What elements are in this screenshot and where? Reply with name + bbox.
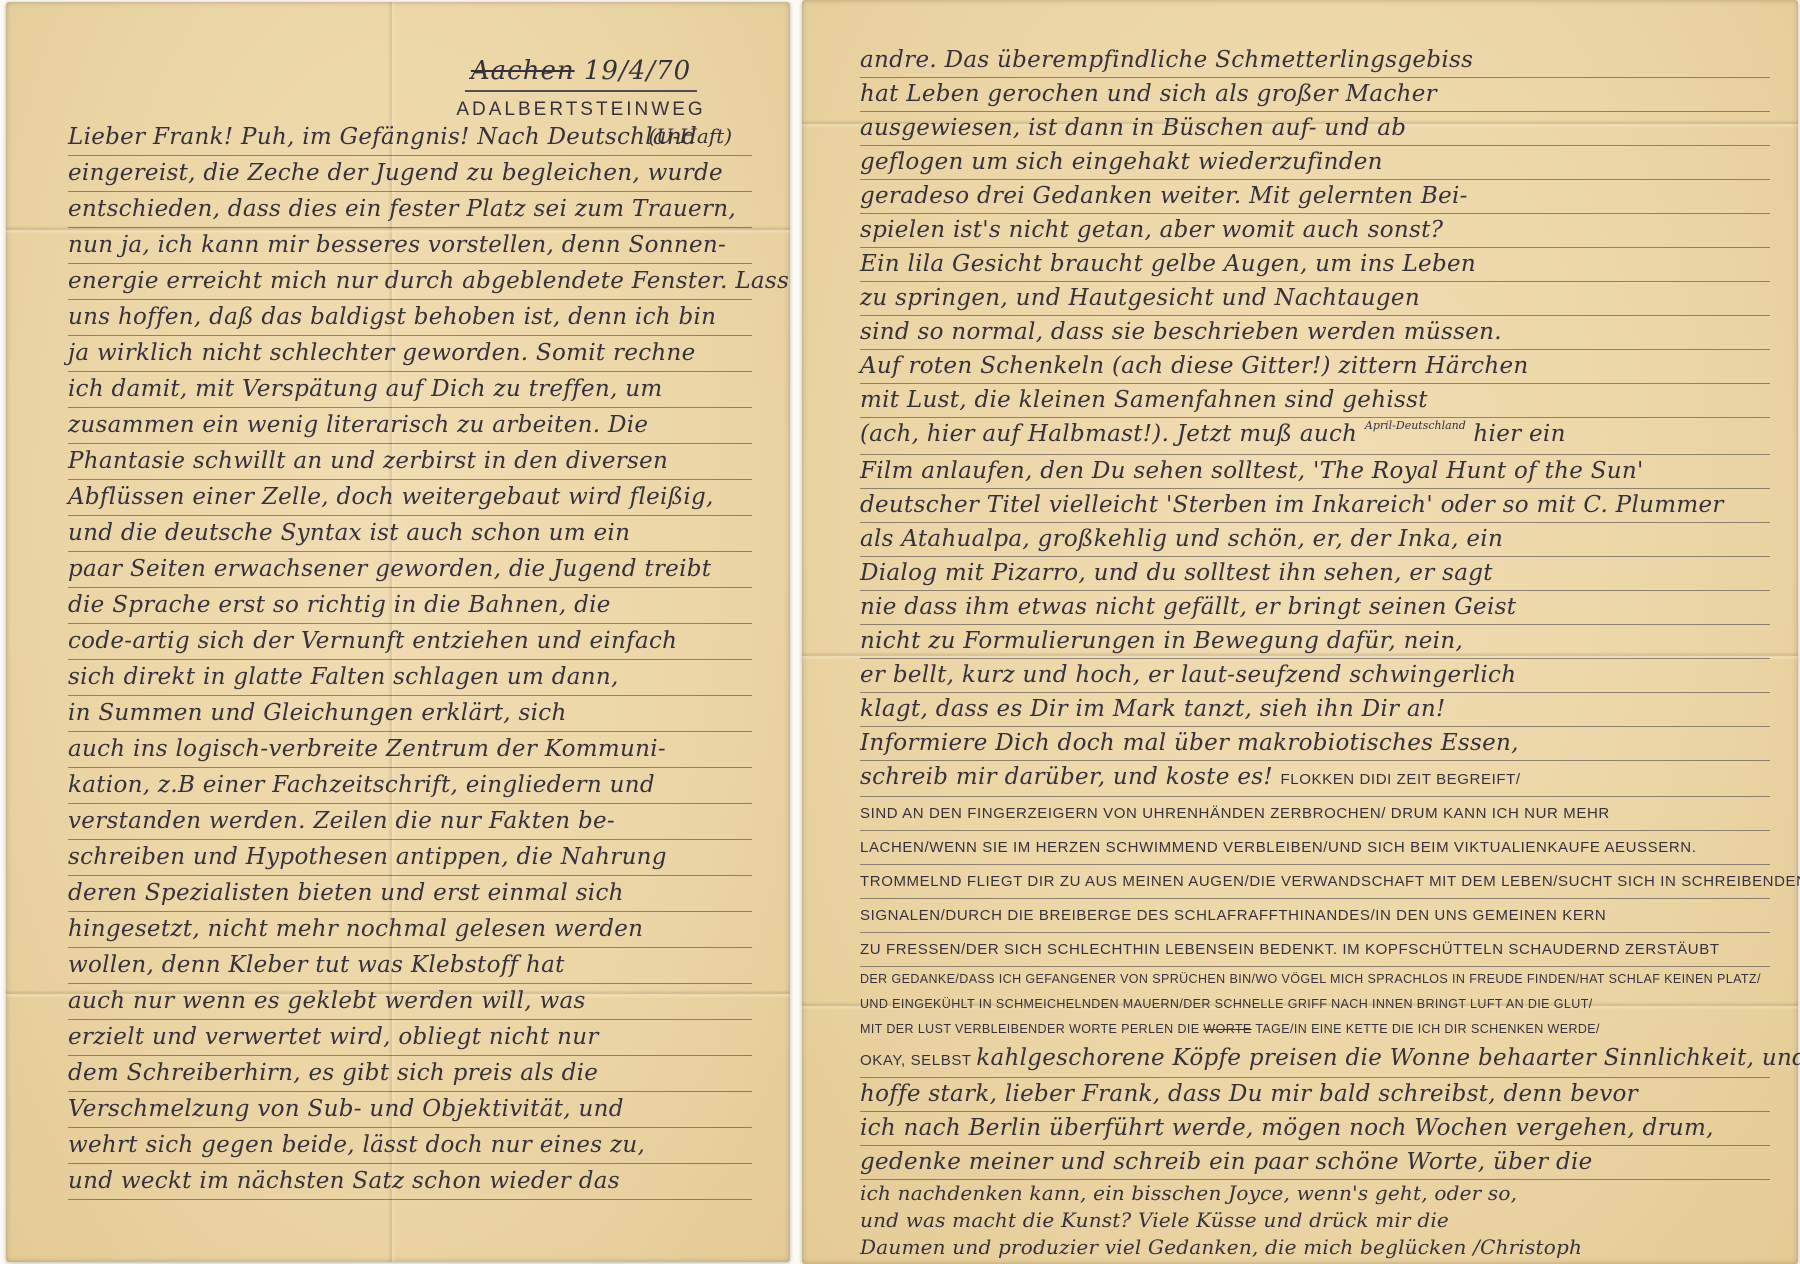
text-segment: MIT DER LUST VERBLEIBENDER WORTE PERLEN … [860,1022,1203,1036]
text-segment: schreib mir darüber, und koste es! [860,764,1281,790]
text-segment: ZU FRESSEN/DER SICH SCHLECHTHIN LEBENSEI… [860,941,1720,958]
text-segment: nun ja, ich kann mir besseres vorstellen… [68,232,726,258]
handwriting-line: schreib mir darüber, und koste es! FLOKK… [860,761,1770,797]
text-segment: OKAY, SELBST [860,1052,976,1069]
text-segment: andre. Das überempfindliche Schmetterlin… [860,47,1473,73]
text-segment: geradeso drei Gedanken weiter. Mit geler… [860,183,1468,209]
text-segment: verstanden werden. Zeilen die nur Fakten… [68,808,615,834]
handwriting-line: Ein lila Gesicht braucht gelbe Augen, um… [860,248,1770,282]
text-segment: kation, z.B einer Fachzeitschrift, eingl… [68,772,655,798]
handwriting-line: ZU FRESSEN/DER SICH SCHLECHTHIN LEBENSEI… [860,933,1770,967]
text-segment: und die deutsche Syntax ist auch schon u… [68,520,630,546]
handwriting-line: die Sprache erst so richtig in die Bahne… [68,588,752,624]
text-segment: mit Lust, die kleinen Samenfahnen sind g… [860,387,1428,413]
handwriting-line: geflogen um sich eingehakt wiederzufinde… [860,146,1770,180]
handwriting-line: erzielt und verwertet wird, obliegt nich… [68,1020,752,1056]
handwriting-line: wehrt sich gegen beide, lässt doch nur e… [68,1128,752,1164]
handwriting-line: ich nachdenken kann, ein bisschen Joyce,… [860,1180,1770,1207]
text-segment: nie dass ihm etwas nicht gefällt, er bri… [860,594,1516,620]
date-line: Aachen 19/4/70 [416,54,746,92]
handwriting-line: ich nach Berlin überführt werde, mögen n… [860,1112,1770,1146]
place-name-struck: Aachen [471,56,575,86]
handwriting-line: dem Schreiberhirn, es gibt sich preis al… [68,1056,752,1092]
text-segment: spielen ist's nicht getan, aber womit au… [860,217,1443,243]
text-segment: ich damit, mit Verspätung auf Dich zu tr… [68,376,662,402]
handwriting-line: eingereist, die Zeche der Jugend zu begl… [68,156,752,192]
text-segment: wollen, denn Kleber tut was Klebstoff ha… [68,952,565,978]
text-segment: FLOKKEN DIDI ZEIT BEGREIFT/ [1281,771,1521,788]
text-segment: Phantasie schwillt an und zerbirst in de… [68,448,668,474]
text-segment: zusammen ein wenig literarisch zu arbeit… [68,412,648,438]
handwriting-line: wollen, denn Kleber tut was Klebstoff ha… [68,948,752,984]
text-segment: Auf roten Schenkeln (ach diese Gitter!) … [860,353,1529,379]
text-segment: TROMMELND FLIEGT DIR ZU AUS MEINEN AUGEN… [860,873,1800,890]
text-segment: nicht zu Formulierungen in Bewegung dafü… [860,628,1463,654]
text-segment: WORTE [1203,1022,1251,1036]
text-segment: (ach, hier auf Halbmast!). Jetzt muß auc… [860,421,1365,447]
text-segment: energie erreicht mich nur durch abgeblen… [68,268,789,294]
letter-date: 19/4/70 [584,56,691,86]
handwriting-line: kation, z.B einer Fachzeitschrift, eingl… [68,768,752,804]
text-segment: hat Leben gerochen und sich als großer M… [860,81,1437,107]
text-segment: zu springen, und Hautgesicht und Nachtau… [860,285,1420,311]
handwriting-line: Phantasie schwillt an und zerbirst in de… [68,444,752,480]
handwriting-line: entschieden, dass dies ein fester Platz … [68,192,752,228]
handwriting-line: Film anlaufen, den Du sehen solltest, 'T… [860,455,1770,489]
text-segment: auch nur wenn es geklebt werden will, wa… [68,988,586,1014]
handwriting-line: LACHEN/WENN SIE IM HERZEN SCHWIMMEND VER… [860,831,1770,865]
inserted-note: April-Deutschland [1365,419,1466,432]
handwriting-line: hat Leben gerochen und sich als großer M… [860,78,1770,112]
text-segment: ich nach Berlin überführt werde, mögen n… [860,1115,1714,1141]
text-segment: Daumen und produzier viel Gedanken, die … [860,1235,1473,1259]
handwriting-line: Daumen und produzier viel Gedanken, die … [860,1234,1770,1261]
text-segment: TAGE/IN EINE KETTE DIE ICH DIR SCHENKEN … [1252,1022,1600,1036]
text-segment: deren Spezialisten bieten und erst einma… [68,880,624,906]
text-segment: Film anlaufen, den Du sehen solltest, 'T… [860,458,1644,484]
text-segment: kahlgeschorene Köpfe preisen die Wonne b… [976,1045,1800,1071]
text-segment: erzielt und verwertet wird, obliegt nich… [68,1024,599,1050]
handwriting-line: Verschmelzung von Sub- und Objektivität,… [68,1092,752,1128]
handwriting-line: als Atahualpa, großkehlig und schön, er,… [860,523,1770,557]
handwriting-line: UND EINGEKÜHLT IN SCHMEICHELNDEN MAUERN/… [860,992,1770,1017]
handwriting-line: auch ins logisch-verbreite Zentrum der K… [68,732,752,768]
handwriting-line: Dialog mit Pizarro, und du solltest ihn … [860,557,1770,591]
handwriting-line: klagt, dass es Dir im Mark tanzt, sieh i… [860,693,1770,727]
handwriting-body-page-2: andre. Das überempfindliche Schmetterlin… [860,44,1770,1261]
handwriting-line: Lieber Frank! Puh, im Gefängnis! Nach De… [68,120,752,156]
letter-page-1: Aachen 19/4/70 ADALBERTSTEINWEG (U-Haft)… [6,2,790,1262]
text-segment: Lieber Frank! Puh, im Gefängnis! Nach De… [68,124,697,150]
handwriting-line: SIND AN DEN FINGERZEIGERN VON UHRENHÄNDE… [860,797,1770,831]
handwriting-line: auch nur wenn es geklebt werden will, wa… [68,984,752,1020]
text-segment: paar Seiten erwachsener geworden, die Ju… [68,556,711,582]
handwriting-line: energie erreicht mich nur durch abgeblen… [68,264,752,300]
handwriting-line: nie dass ihm etwas nicht gefällt, er bri… [860,591,1770,625]
letter-scan: { "document": { "kind_label": "Handwritt… [0,0,1800,1264]
text-segment: sich direkt in glatte Falten schlagen um… [68,664,619,690]
text-segment: auch ins logisch-verbreite Zentrum der K… [68,736,666,762]
text-segment: eingereist, die Zeche der Jugend zu begl… [68,160,723,186]
handwriting-line: deren Spezialisten bieten und erst einma… [68,876,752,912]
handwriting-line: uns hoffen, daß das baldigst behoben ist… [68,300,752,336]
text-segment: er bellt, kurz und hoch, er laut-seufzen… [860,662,1516,688]
handwriting-line: ja wirklich nicht schlechter geworden. S… [68,336,752,372]
handwriting-line: ich damit, mit Verspätung auf Dich zu tr… [68,372,752,408]
text-segment: klagt, dass es Dir im Mark tanzt, sieh i… [860,696,1446,722]
text-segment: Ein lila Gesicht braucht gelbe Augen, um… [860,251,1476,277]
text-segment: deutscher Titel vielleicht 'Sterben im I… [860,492,1724,518]
handwriting-line: Auf roten Schenkeln (ach diese Gitter!) … [860,350,1770,384]
handwriting-line: OKAY, SELBST kahlgeschorene Köpfe preise… [860,1042,1770,1078]
text-segment: als Atahualpa, großkehlig und schön, er,… [860,526,1503,552]
handwriting-line: sich direkt in glatte Falten schlagen um… [68,660,752,696]
handwriting-line: spielen ist's nicht getan, aber womit au… [860,214,1770,248]
handwriting-line: paar Seiten erwachsener geworden, die Ju… [68,552,752,588]
handwriting-line: gedenke meiner und schreib ein paar schö… [860,1146,1770,1180]
handwriting-body-page-1: Lieber Frank! Puh, im Gefängnis! Nach De… [68,120,752,1200]
handwriting-line: zu springen, und Hautgesicht und Nachtau… [860,282,1770,316]
text-segment: SIND AN DEN FINGERZEIGERN VON UHRENHÄNDE… [860,805,1610,822]
text-segment: und was macht die Kunst? Viele Küsse und… [860,1208,1449,1232]
text-segment: in Summen und Gleichungen erklärt, sich [68,700,567,726]
handwriting-line: nicht zu Formulierungen in Bewegung dafü… [860,625,1770,659]
text-segment: UND EINGEKÜHLT IN SCHMEICHELNDEN MAUERN/… [860,997,1593,1011]
text-segment: wehrt sich gegen beide, lässt doch nur e… [68,1132,645,1158]
text-segment: Dialog mit Pizarro, und du solltest ihn … [860,560,1493,586]
text-segment: code-artig sich der Vernunft entziehen u… [68,628,677,654]
handwriting-line: nun ja, ich kann mir besseres vorstellen… [68,228,752,264]
text-segment: SIGNALEN/DURCH DIE BREIBERGE DES SCHLAFR… [860,907,1606,924]
handwriting-line: DER GEDANKE/DASS ICH GEFANGENER VON SPRÜ… [860,967,1770,992]
handwriting-line: verstanden werden. Zeilen die nur Fakten… [68,804,752,840]
text-segment: und weckt im nächsten Satz schon wieder … [68,1168,620,1194]
handwriting-line: TROMMELND FLIEGT DIR ZU AUS MEINEN AUGEN… [860,865,1770,899]
text-segment: schreiben und Hypothesen antippen, die N… [68,844,667,870]
handwriting-line: SIGNALEN/DURCH DIE BREIBERGE DES SCHLAFR… [860,899,1770,933]
handwriting-line: sind so normal, dass sie beschrieben wer… [860,316,1770,350]
handwriting-line: code-artig sich der Vernunft entziehen u… [68,624,752,660]
handwriting-line: deutscher Titel vielleicht 'Sterben im I… [860,489,1770,523]
text-segment: uns hoffen, daß das baldigst behoben ist… [68,304,716,330]
handwriting-line: und was macht die Kunst? Viele Küsse und… [860,1207,1770,1234]
handwriting-line: und die deutsche Syntax ist auch schon u… [68,516,752,552]
handwriting-line: hingesetzt, nicht mehr nochmal gelesen w… [68,912,752,948]
handwriting-line: in Summen und Gleichungen erklärt, sich [68,696,752,732]
text-segment: die Sprache erst so richtig in die Bahne… [68,592,611,618]
handwriting-line: MIT DER LUST VERBLEIBENDER WORTE PERLEN … [860,1017,1770,1042]
handwriting-line: Informiere Dich doch mal über makrobioti… [860,727,1770,761]
text-segment: hier ein [1466,421,1566,447]
text-segment: ausgewiesen, ist dann in Büschen auf- un… [860,115,1406,141]
handwriting-line: (ach, hier auf Halbmast!). Jetzt muß auc… [860,418,1770,455]
handwriting-line: hoffe stark, lieber Frank, dass Du mir b… [860,1078,1770,1112]
text-segment: entschieden, dass dies ein fester Platz … [68,196,736,222]
text-segment: gedenke meiner und schreib ein paar schö… [860,1149,1593,1175]
handwriting-line: er bellt, kurz und hoch, er laut-seufzen… [860,659,1770,693]
handwriting-line: geradeso drei Gedanken weiter. Mit geler… [860,180,1770,214]
text-segment: /Christoph [1473,1235,1582,1259]
text-segment: hingesetzt, nicht mehr nochmal gelesen w… [68,916,643,942]
text-segment: hoffe stark, lieber Frank, dass Du mir b… [860,1081,1638,1107]
text-segment: ich nachdenken kann, ein bisschen Joyce,… [860,1181,1517,1205]
handwriting-line: schreiben und Hypothesen antippen, die N… [68,840,752,876]
text-segment: LACHEN/WENN SIE IM HERZEN SCHWIMMEND VER… [860,839,1697,856]
text-segment: Verschmelzung von Sub- und Objektivität,… [68,1096,624,1122]
text-segment: sind so normal, dass sie beschrieben wer… [860,319,1502,345]
text-segment: dem Schreiberhirn, es gibt sich preis al… [68,1060,598,1086]
handwriting-line: zusammen ein wenig literarisch zu arbeit… [68,408,752,444]
letter-page-2: andre. Das überempfindliche Schmetterlin… [802,0,1798,1264]
handwriting-line: andre. Das überempfindliche Schmetterlin… [860,44,1770,78]
handwriting-line: mit Lust, die kleinen Samenfahnen sind g… [860,384,1770,418]
text-segment: Abflüssen einer Zelle, doch weitergebaut… [68,484,714,510]
text-segment: ja wirklich nicht schlechter geworden. S… [68,340,696,366]
text-segment: geflogen um sich eingehakt wiederzufinde… [860,149,1383,175]
text-segment: DER GEDANKE/DASS ICH GEFANGENER VON SPRÜ… [860,972,1761,986]
handwriting-line: und weckt im nächsten Satz schon wieder … [68,1164,752,1200]
handwriting-line: ausgewiesen, ist dann in Büschen auf- un… [860,112,1770,146]
handwriting-line: Abflüssen einer Zelle, doch weitergebaut… [68,480,752,516]
text-segment: Informiere Dich doch mal über makrobioti… [860,730,1519,756]
